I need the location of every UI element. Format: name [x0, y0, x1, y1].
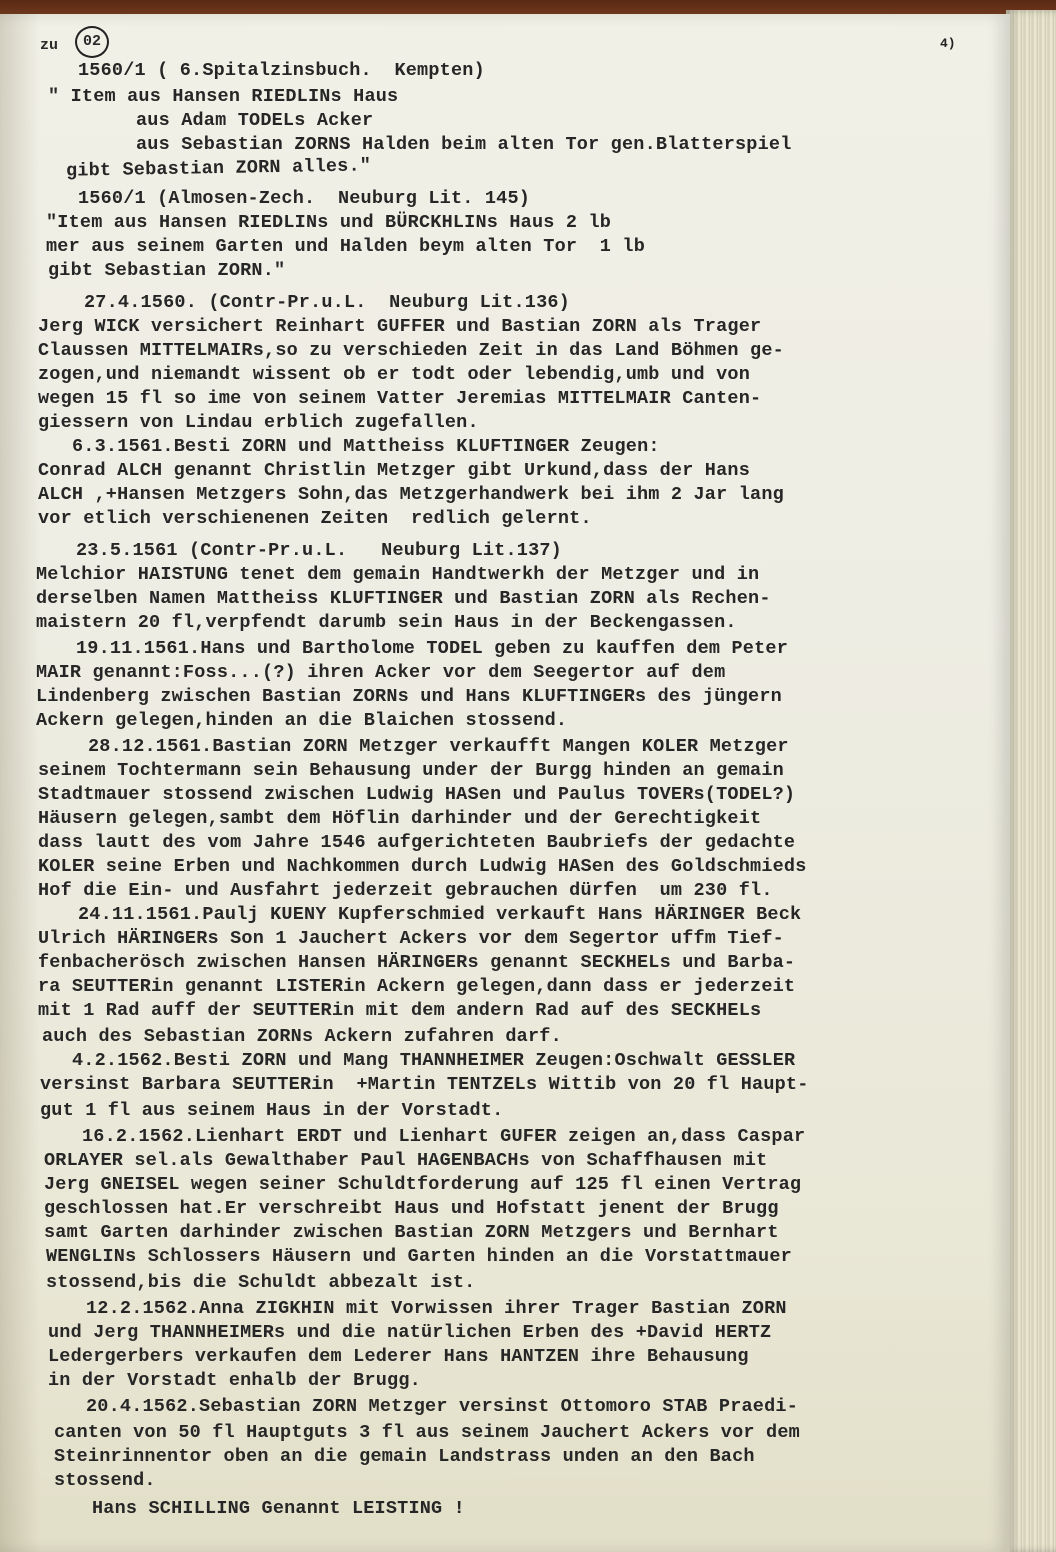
entry-heading: 27.4.1560. (Contr-Pr.u.L. Neuburg Lit.13… [84, 292, 570, 313]
entry-line: ORLAYER sel.als Gewalthaber Paul HAGENBA… [44, 1150, 767, 1171]
entry-line: aus Sebastian ZORNS Halden beim alten To… [136, 134, 792, 155]
entry-line: stossend. [54, 1470, 156, 1491]
circled-page-number: 02 [75, 26, 109, 58]
entry-line: Conrad ALCH genannt Christlin Metzger gi… [38, 460, 750, 481]
entry-line: MAIR genannt:Foss...(?) ihren Acker vor … [36, 662, 725, 683]
entry-line: aus Adam TODELs Acker [136, 110, 373, 131]
entry-heading: 12.2.1562.Anna ZIGKHIN mit Vorwissen ihr… [86, 1298, 787, 1319]
entry-line: versinst Barbara SEUTTERin +Martin TENTZ… [40, 1074, 809, 1095]
entry-line: maistern 20 fl,verpfendt darumb sein Hau… [36, 612, 737, 633]
closing-note: Hans SCHILLING Genannt LEISTING ! [92, 1498, 465, 1519]
entry-line: Steinrinnentor oben an die gemain Landst… [54, 1446, 755, 1467]
entry-line: WENGLINs Schlossers Häusern und Garten h… [46, 1246, 792, 1267]
entry-line: Stadtmauer stossend zwischen Ludwig HASe… [38, 784, 795, 805]
entry-line: Jerg WICK versichert Reinhart GUFFER und… [38, 316, 761, 337]
entry-line: gut 1 fl aus seinem Haus in der Vorstadt… [40, 1100, 503, 1121]
entry-line: Häusern gelegen,sambt dem Höflin darhind… [38, 808, 761, 829]
entry-line: Melchior HAISTUNG tenet dem gemain Handt… [36, 564, 759, 585]
entry-line: in der Vorstadt enhalb der Brugg. [48, 1370, 421, 1391]
entry-line: vor etlich verschienenen Zeiten redlich … [38, 508, 592, 529]
entry-line: zogen,und niemandt wissent ob er todt od… [38, 364, 750, 385]
entry-line: mer aus seinem Garten und Halden beym al… [46, 236, 645, 257]
entry-line: Ulrich HÄRINGERs Son 1 Jauchert Ackers v… [38, 928, 784, 949]
entry-heading: 24.11.1561.Paulj KUENY Kupferschmied ver… [78, 904, 801, 925]
entry-line: samt Garten darhinder zwischen Bastian Z… [44, 1222, 779, 1243]
entry-line: wegen 15 fl so ime von seinem Vatter Jer… [38, 388, 761, 409]
entry-line: KOLER seine Erben und Nachkommen durch L… [38, 856, 807, 877]
entry-line: dass lautt des vom Jahre 1546 aufgericht… [38, 832, 795, 853]
page-corner-mark: 4) [940, 36, 956, 51]
entry-line: stossend,bis die Schuldt abbezalt ist. [46, 1272, 475, 1293]
book-page-edges [1006, 10, 1056, 1552]
entry-line: Ackern gelegen,hinden an die Blaichen st… [36, 710, 567, 731]
entry-line: derselben Namen Mattheiss KLUFTINGER und… [36, 588, 771, 609]
entry-line: Jerg GNEISEL wegen seiner Schuldtforderu… [44, 1174, 801, 1195]
entry-heading: 1560/1 ( 6.Spitalzinsbuch. Kempten) [78, 60, 485, 81]
entry-line: ra SEUTTERin genannt LISTERin Ackern gel… [38, 976, 795, 997]
entry-heading: 6.3.1561.Besti ZORN und Mattheiss KLUFTI… [72, 436, 660, 457]
entry-heading: 1560/1 (Almosen-Zech. Neuburg Lit. 145) [78, 188, 530, 209]
entry-heading: 20.4.1562.Sebastian ZORN Metzger versins… [86, 1396, 798, 1417]
entry-line: Lindenberg zwischen Bastian ZORNs und Ha… [36, 686, 782, 707]
entry-heading: 16.2.1562.Lienhart ERDT und Lienhart GUF… [82, 1126, 805, 1147]
entry-heading: 19.11.1561.Hans und Bartholome TODEL geb… [76, 638, 788, 659]
entry-heading: 23.5.1561 (Contr-Pr.u.L. Neuburg Lit.137… [76, 540, 562, 561]
entry-line: mit 1 Rad auff der SEUTTERin mit dem and… [38, 1000, 761, 1021]
entry-line: und Jerg THANNHEIMERs und die natürliche… [48, 1322, 771, 1343]
entry-line: "Item aus Hansen RIEDLINs und BÜRCKHLINs… [46, 212, 611, 233]
entry-line: fenbacherösch zwischen Hansen HÄRINGERs … [38, 952, 795, 973]
entry-line: gibt Sebastian ZORN." [48, 260, 285, 281]
entry-line: auch des Sebastian ZORNs Ackern zufahren… [42, 1026, 562, 1047]
entry-line: geschlossen hat.Er verschreibt Haus und … [44, 1198, 779, 1219]
entry-heading: 4.2.1562.Besti ZORN und Mang THANNHEIMER… [72, 1050, 795, 1071]
entry-line: " Item aus Hansen RIEDLINs Haus [48, 86, 398, 107]
page-reference: zu 02 [40, 30, 109, 62]
entry-line: ALCH ,+Hansen Metzgers Sohn,das Metzgerh… [38, 484, 784, 505]
entry-line: Ledergerbers verkaufen dem Lederer Hans … [48, 1346, 749, 1367]
entry-line: seinem Tochtermann sein Behausung under … [38, 760, 784, 781]
entry-heading: 28.12.1561.Bastian ZORN Metzger verkauff… [88, 736, 789, 757]
entry-line: canten von 50 fl Hauptguts 3 fl aus sein… [54, 1422, 800, 1443]
entry-line: giessern von Lindau erblich zugefallen. [38, 412, 479, 433]
entry-line: Claussen MITTELMAIRs,so zu verschieden Z… [38, 340, 784, 361]
entry-line: Hof die Ein- und Ausfahrt jederzeit gebr… [38, 880, 773, 901]
reference-prefix: zu [40, 37, 58, 54]
